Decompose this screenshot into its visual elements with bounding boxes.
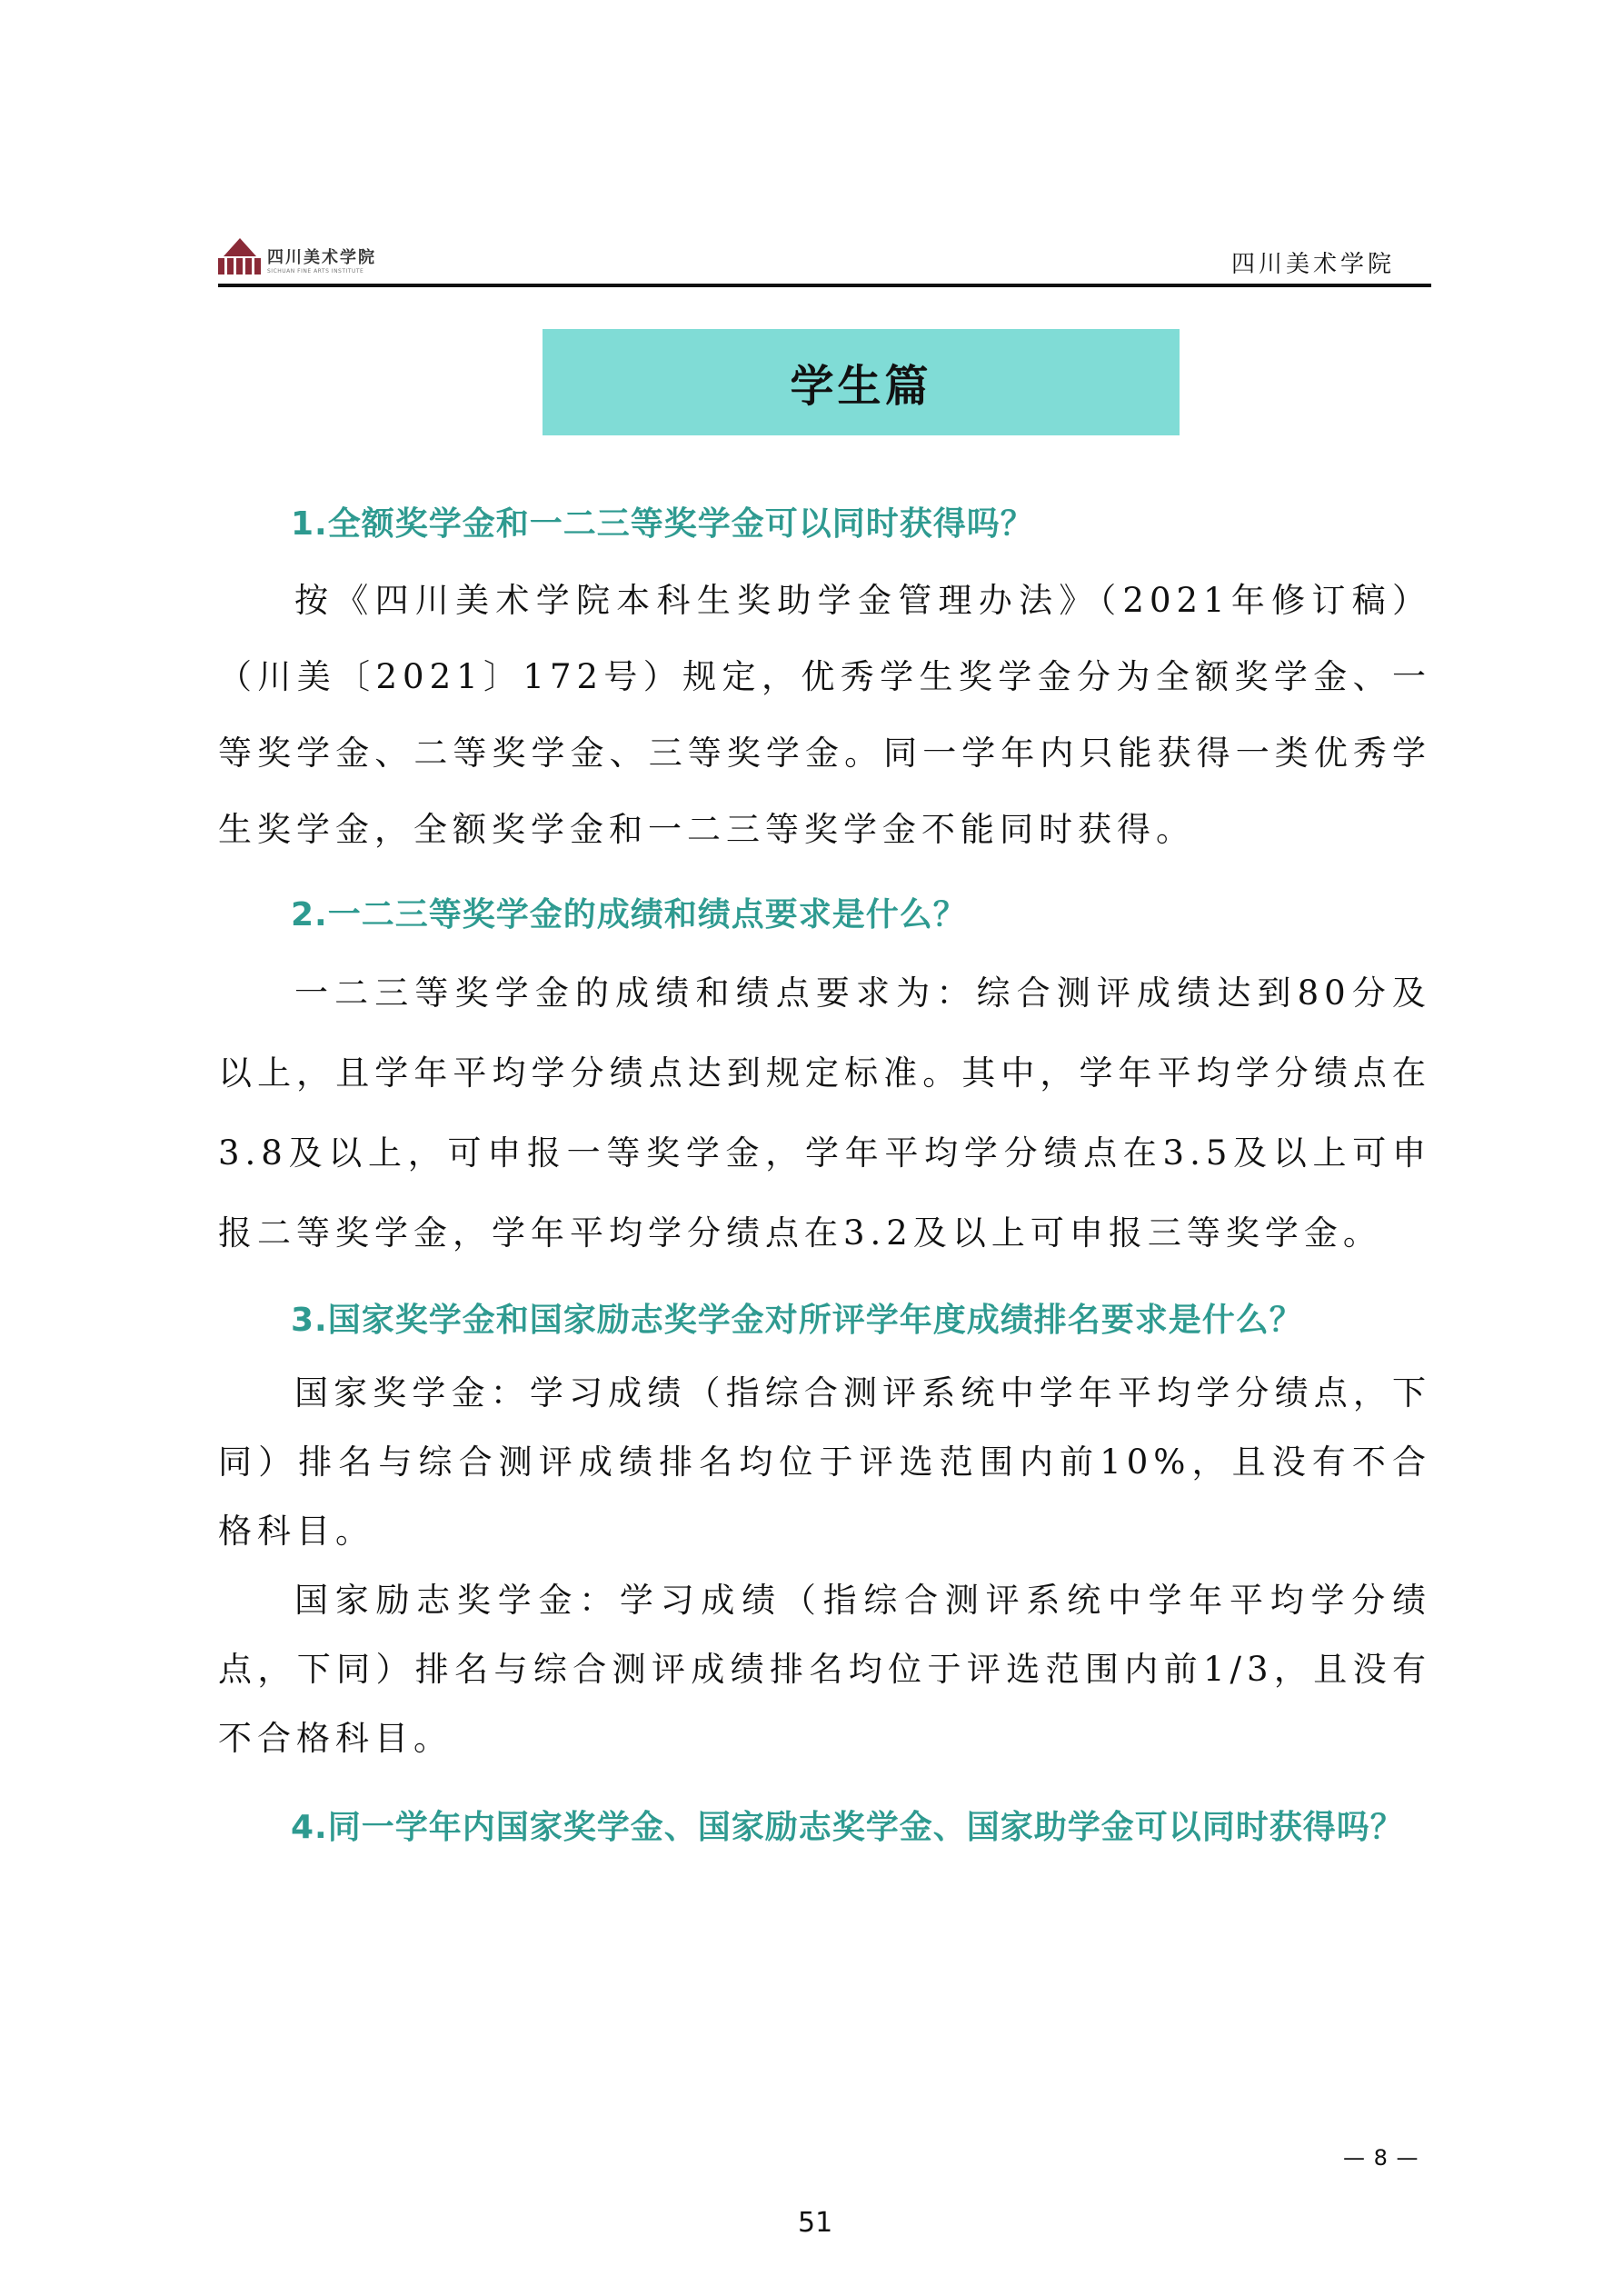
- header-institution-name: 四川美术学院: [1231, 245, 1395, 279]
- question-heading-1: 1.全额奖学金和一二三等奖学金可以同时获得吗？: [218, 486, 1431, 563]
- logo-english-name: SICHUAN FINE ARTS INSTITUTE: [267, 269, 376, 275]
- institution-logo: 四川美术学院 SICHUAN FINE ARTS INSTITUTE: [218, 238, 376, 275]
- question-heading-4: 4.同一学年内国家奖学金、国家励志奖学金、国家助学金可以同时获得吗？: [218, 1790, 1431, 1866]
- inner-page-number: — 8 —: [1343, 2145, 1419, 2171]
- answer-paragraph: 一二三等奖学金的成绩和绩点要求为：综合测评成绩达到80分及以上，且学年平均学分绩…: [218, 953, 1431, 1273]
- answer-paragraph: 国家奖学金：学习成绩（指综合测评系统中学年平均学分绩点，下同）排名与综合测评成绩…: [218, 1359, 1431, 1566]
- building-logo-icon: [218, 238, 262, 275]
- outer-page-number: 51: [798, 2207, 832, 2239]
- page-title: 学生篇: [790, 351, 931, 414]
- answer-paragraph: 国家励志奖学金：学习成绩（指综合测评系统中学年平均学分绩点，下同）排名与综合测评…: [218, 1566, 1431, 1773]
- section-title-banner: 学生篇: [543, 329, 1180, 435]
- page-header: 四川美术学院 SICHUAN FINE ARTS INSTITUTE 四川美术学…: [218, 227, 1431, 287]
- question-heading-2: 2.一二三等奖学金的成绩和绩点要求是什么？: [218, 877, 1431, 953]
- document-body: 1.全额奖学金和一二三等奖学金可以同时获得吗？ 按《四川美术学院本科生奖助学金管…: [218, 486, 1431, 1866]
- logo-chinese-name: 四川美术学院: [267, 250, 376, 266]
- question-heading-3: 3.国家奖学金和国家励志奖学金对所评学年度成绩排名要求是什么？: [218, 1283, 1431, 1359]
- answer-paragraph: 按《四川美术学院本科生奖助学金管理办法》（2021年修订稿）（川美〔2021〕1…: [218, 563, 1431, 868]
